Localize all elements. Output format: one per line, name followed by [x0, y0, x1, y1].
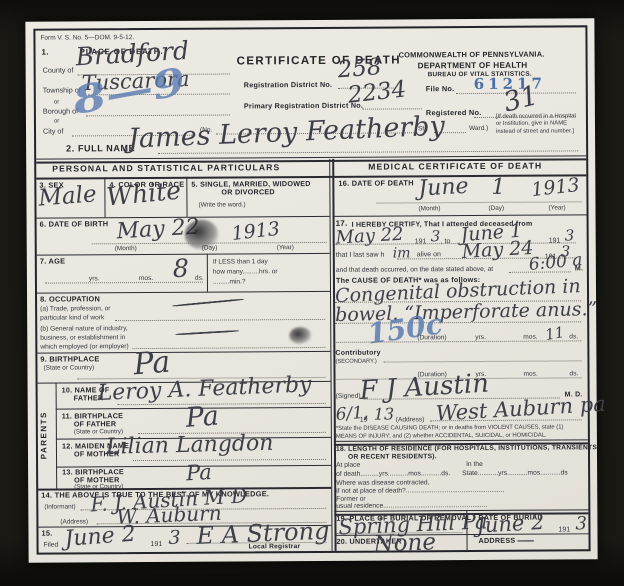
age-label: 7. AGE: [40, 258, 66, 267]
death-occurred-label: and that death occurred, on the date sta…: [336, 266, 493, 275]
mother-bp-value: Pa: [186, 463, 213, 483]
county-label: County of: [43, 66, 74, 74]
last-saw-pre: that I last saw h: [336, 252, 385, 260]
signed-year-printed: 19: [360, 417, 368, 425]
dod-day-value: 1: [491, 178, 505, 198]
filed-year-printed: 191: [151, 541, 163, 549]
age-yrs-label: yrs.: [89, 275, 100, 283]
row16-bottom: [333, 214, 587, 217]
burial-date-value: June 2: [476, 513, 545, 536]
sex-race-divider: [104, 177, 105, 217]
ink-blot: [289, 327, 311, 344]
undertaker-address-label: ADDRESS: [479, 537, 516, 546]
age-less-line2: how many.........hrs. or: [213, 268, 278, 276]
reg-district-value: 258: [337, 57, 382, 81]
occupation-a-line: [115, 319, 325, 321]
full-name-label: 2. FULL NAME: [66, 143, 135, 154]
residence-label-2: OR RECENT RESIDENTS).: [348, 453, 437, 461]
father-name-line: [118, 403, 326, 405]
dob-year-value: 1913: [231, 221, 281, 243]
reg-district-label: Registration District No.: [244, 81, 333, 90]
or-label-1: or: [54, 100, 59, 107]
footnote-line1: *State the DISEASE CAUSING DEATH; or in …: [336, 424, 564, 432]
occupation-a-line1: (a) Trade, profession, or: [40, 305, 110, 313]
dob-label: 6. DATE OF BIRTH: [40, 220, 109, 229]
father-bp-value: Pa: [185, 404, 220, 431]
dob-month-hint: (Month): [115, 245, 137, 252]
age-ds-label: ds.: [195, 275, 204, 283]
duration-line: [336, 340, 581, 342]
dod-year-value: 1913: [531, 177, 581, 199]
state-line: State...........yrs...........mos.......…: [462, 469, 568, 477]
if-not-line: if not at place of death?...............…: [336, 487, 504, 496]
signed-address-hint: (Address): [396, 416, 425, 424]
primary-district-value: 2234: [347, 79, 407, 106]
certificate-paper: Form V. S. No. 5—DOM. 9-5-12. 1. PLACE O…: [25, 18, 597, 562]
mother-name-line: [133, 459, 326, 461]
file-no-label: File No.: [426, 85, 455, 94]
contributory-line: [383, 360, 581, 362]
full-name-value: James Leroy Featherby: [128, 115, 446, 152]
left-section-title: PERSONAL AND STATISTICAL PARTICULARS: [52, 163, 280, 174]
city-label: City of: [43, 128, 63, 136]
race-value: White: [106, 180, 182, 209]
borough-label: Borough of: [43, 107, 78, 115]
age-sub-divider: [207, 254, 208, 292]
filed-date-value: June 2: [64, 525, 136, 550]
residence-label-1: 18. LENGTH OF RESIDENCE (FOR HOSPITALS, …: [336, 444, 597, 453]
age-less-line3: .........min.?: [213, 278, 246, 286]
meridiem-label: M.: [575, 265, 583, 273]
occupation-a-line2: particular kind of work: [40, 314, 104, 322]
burial-cell-divider: [466, 510, 468, 550]
in-the-label: In the: [466, 461, 483, 469]
signed-hint: (Signed): [336, 393, 361, 401]
dob-year-hint: (Year): [277, 244, 294, 251]
attended-to-year-value: 3: [565, 229, 575, 243]
death-time-line: [509, 271, 571, 272]
filed-number: 15.: [41, 530, 52, 539]
marital-label-2: OR DIVORCED: [221, 188, 275, 197]
attended-line: [336, 242, 576, 244]
primary-district-label: Primary Registration District No.: [244, 102, 363, 111]
mother-name-value: Lilian Langdon: [106, 434, 274, 458]
dod-month-hint: (Month): [418, 205, 440, 212]
registered-no-value: 31: [501, 84, 540, 116]
scan-background: Form V. S. No. 5—DOM. 9-5-12. 1. PLACE O…: [0, 0, 624, 586]
commonwealth-line2: DEPARTMENT OF HEALTH: [418, 61, 528, 71]
commonwealth-line1: COMMONWEALTH OF PENNSYLVANIA.: [399, 51, 545, 60]
occupation-a-dash: [172, 298, 244, 307]
sex-value: Male: [38, 184, 98, 209]
occupation-b-line2: business, or establishment in: [40, 334, 125, 342]
parents-label: PARENTS: [39, 395, 49, 475]
occupation-b-dash: [175, 330, 239, 336]
birthplace-value: Pa: [132, 349, 171, 379]
occupation-b-line1: (b) General nature of industry,: [40, 325, 128, 333]
certificate-form: Form V. S. No. 5—DOM. 9-5-12. 1. PLACE O…: [33, 25, 590, 554]
right-section-title: MEDICAL CERTIFICATE OF DEATH: [368, 162, 542, 173]
full-name-line: [158, 150, 578, 154]
marital-hint: (Write the word.): [198, 201, 245, 209]
dod-day-hint: (Day): [488, 205, 504, 212]
of-death-line: of death..........yrs...........mos.....…: [336, 470, 450, 478]
informant-hint: (Informant): [44, 503, 75, 511]
field1-number: 1.: [42, 48, 49, 57]
dod-label: 16. DATE OF DEATH: [338, 179, 413, 188]
undertaker-value: None: [373, 532, 436, 555]
age-value: 8: [173, 258, 189, 281]
at-place-label: At place: [336, 462, 360, 470]
occupation-label: 8. OCCUPATION: [40, 295, 100, 304]
dod-year-hint: (Year): [548, 204, 565, 211]
occupation-b-line3: which employed (or employer): [40, 343, 128, 351]
where-contracted-line: Where was disease contracted,: [336, 479, 429, 487]
age-mos-label: mos.: [139, 275, 153, 283]
registrar-label: Local Registrar: [249, 543, 301, 551]
parents-strip-divider: [56, 383, 58, 489]
secondary-label: (SECONDARY.): [335, 359, 376, 366]
race-marital-divider: [186, 177, 187, 217]
hospital-note: [If death occurred in a Hospital or Inst…: [496, 113, 582, 136]
father-name-value: Leroy A. Featherby: [97, 375, 312, 404]
or-label-2: or: [54, 119, 59, 126]
birthplace-hint: (State or Country): [43, 364, 94, 372]
dod-month-value: June: [418, 177, 469, 200]
birthplace-label: 9. BIRTHPLACE: [40, 355, 99, 364]
ward-label: Ward.): [469, 125, 488, 133]
attended-from-year-value: 3: [431, 230, 441, 244]
dod-line: [376, 201, 581, 203]
filed-label: Filed: [44, 542, 59, 550]
undertaker-address-value: —: [516, 533, 534, 549]
dob-day-hint: (Day): [202, 245, 218, 252]
age-less-line1: If LESS than 1 day: [213, 258, 268, 266]
contributory-label: Contributory: [335, 350, 380, 358]
signed-year-value: 13: [374, 407, 394, 422]
burial-year-value: 3: [575, 516, 587, 532]
primary-district-line: [362, 108, 422, 109]
filed-year-value: 3: [168, 530, 180, 547]
